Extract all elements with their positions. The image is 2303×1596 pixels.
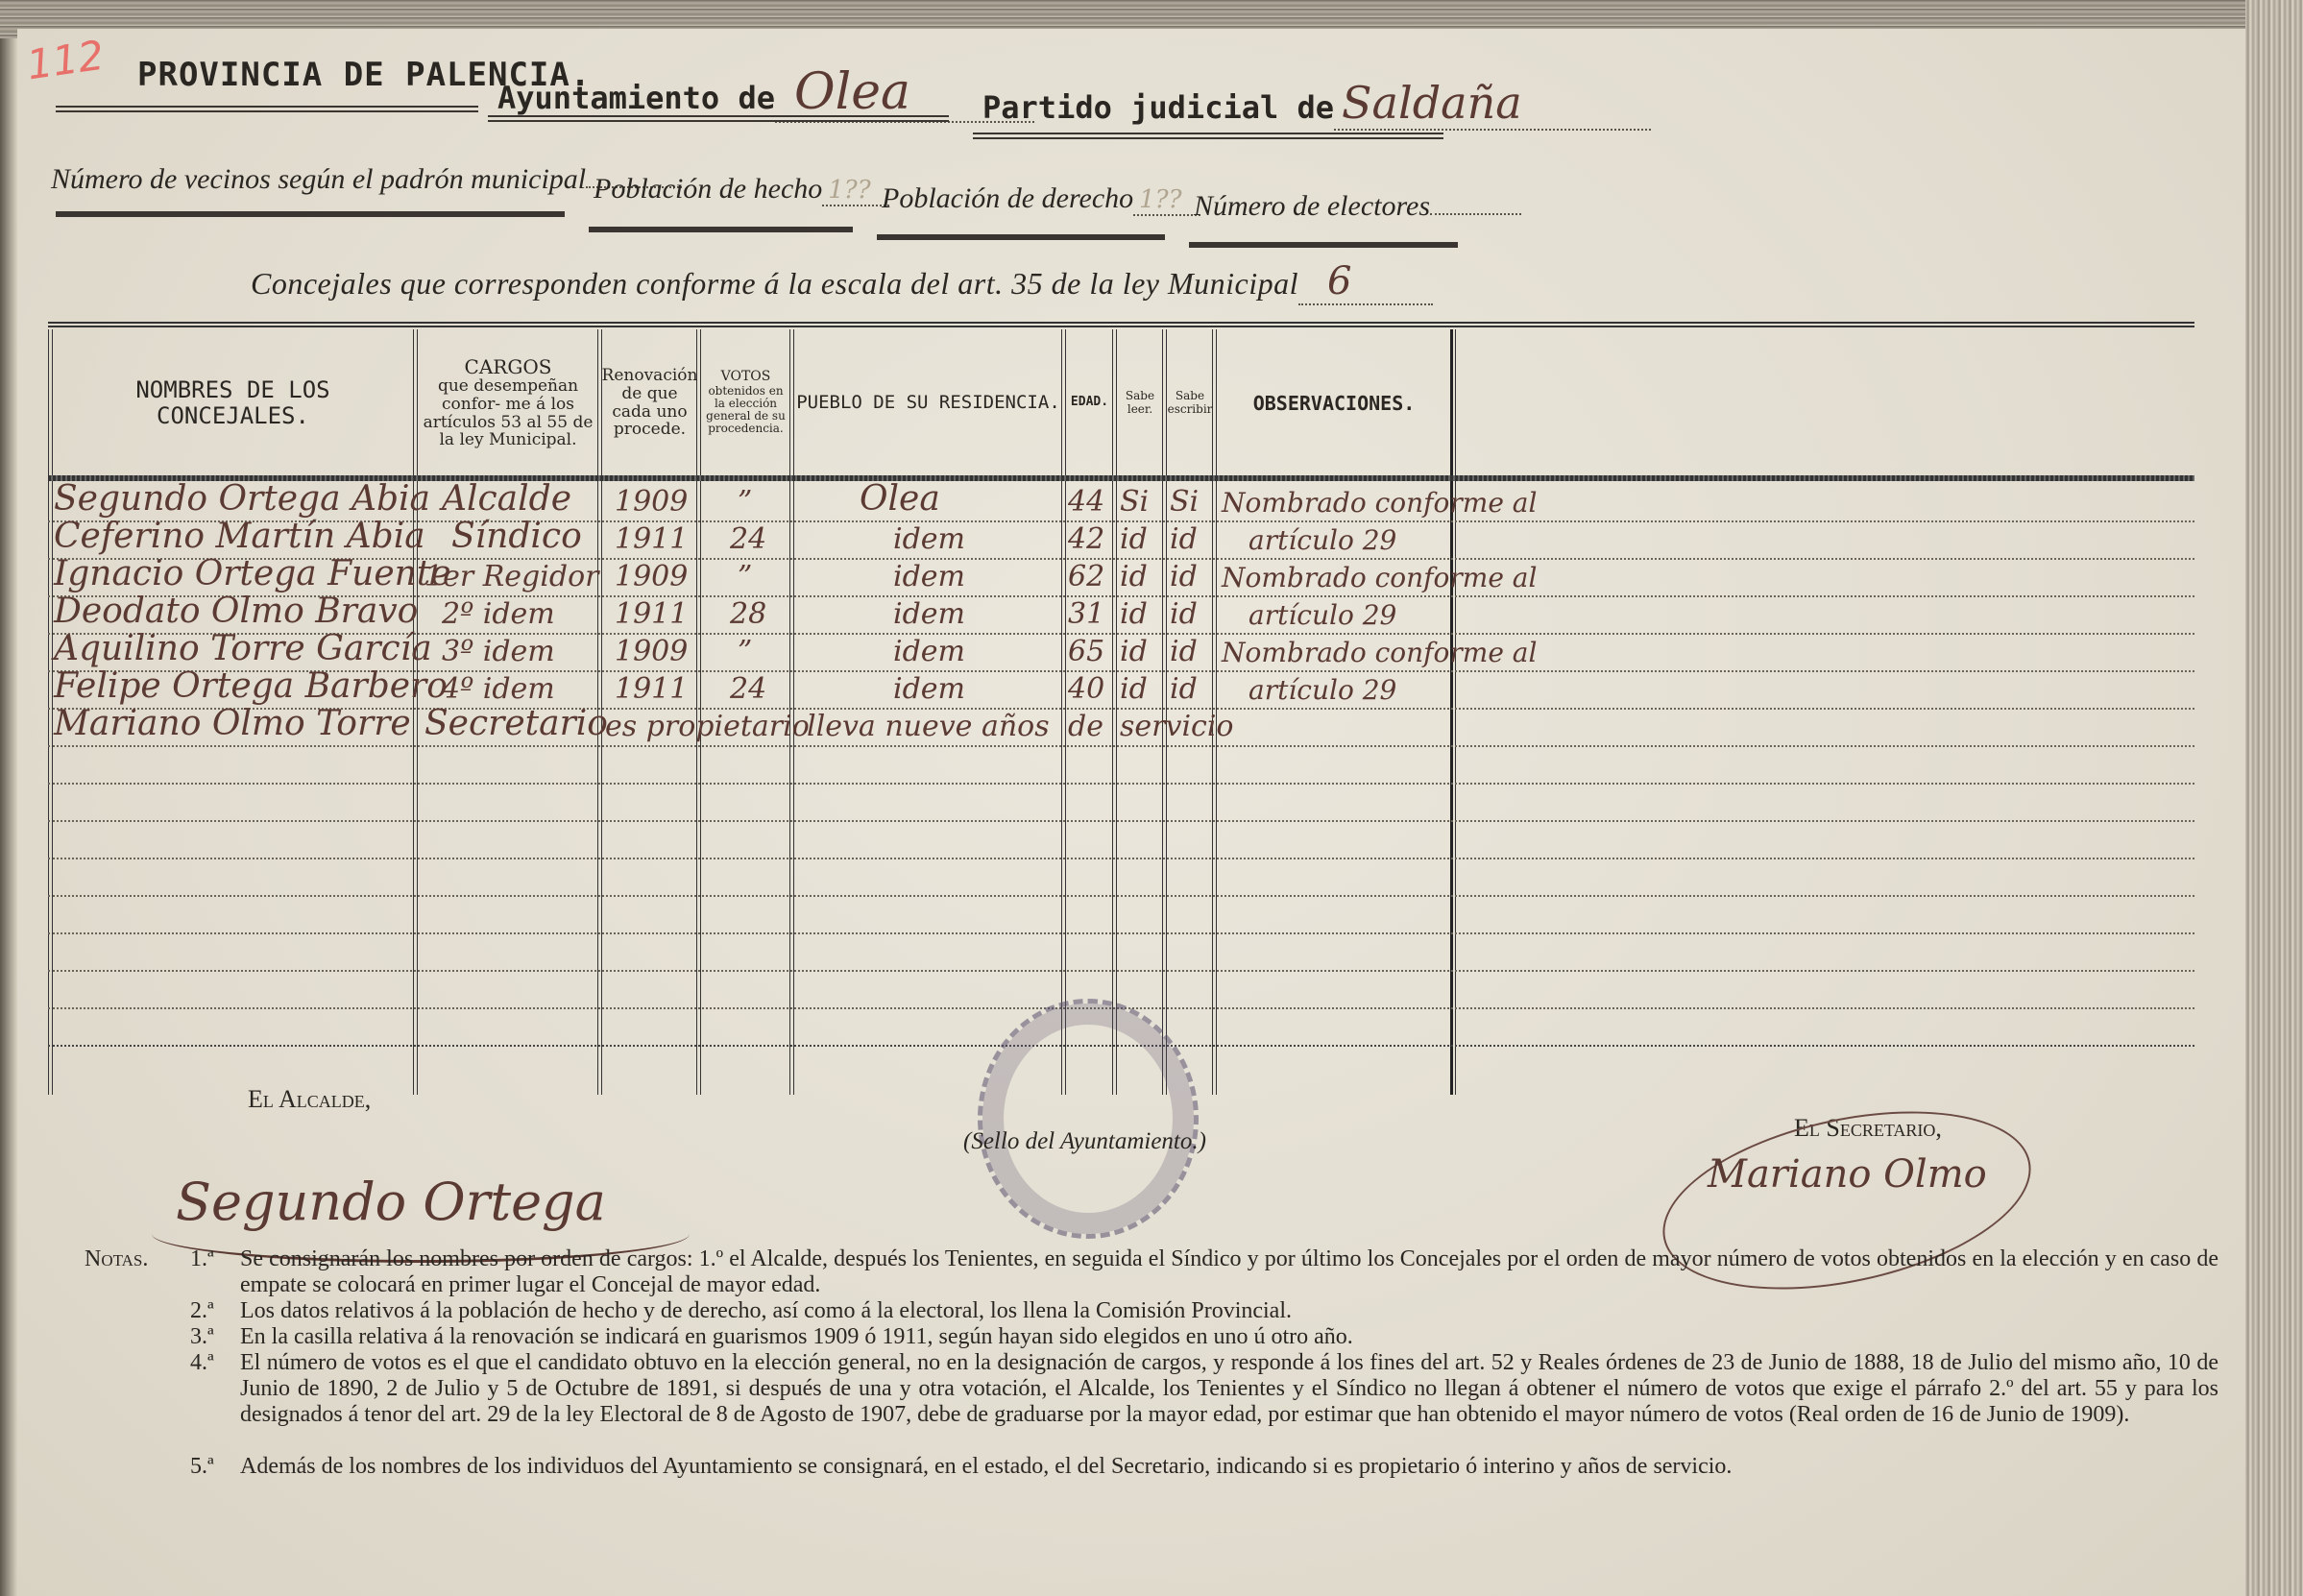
poblacion-derecho-field: Población de derecho 1??: [882, 182, 1200, 216]
secretario-signature: Mariano Olmo: [1708, 1152, 1987, 1197]
cell-cargo: 3º idem: [442, 635, 555, 668]
alcalde-signature: Segundo Ortega: [176, 1172, 606, 1232]
cell-votos: ”: [738, 485, 752, 519]
poblacion-hecho-label: Población de hecho: [594, 173, 822, 206]
cell-nombre: Ceferino Martín Abia: [54, 517, 425, 556]
vecinos-label: Número de vecinos según el padrón munici…: [51, 163, 586, 196]
cell-nombre: Deodato Olmo Bravo: [54, 592, 418, 631]
note-number: 3.ª: [190, 1324, 229, 1350]
header-cargos-title: CARGOS: [465, 356, 552, 377]
ayuntamiento-seal-stamp: [978, 999, 1199, 1239]
cell-pueblo: idem: [893, 597, 965, 631]
cell-nombre: Felipe Ortega Barbero: [54, 666, 448, 706]
cell-votos: ”: [738, 560, 752, 593]
cell-renovacion: 1909: [615, 560, 688, 593]
cell-nombre: Segundo Ortega Abia: [54, 479, 430, 519]
cell-votos: 24: [730, 522, 766, 556]
cell-leer: Si: [1120, 485, 1149, 519]
table-row: [48, 934, 2194, 972]
notes-heading: Notas.: [85, 1246, 148, 1272]
ayuntamiento-label: Ayuntamiento de: [497, 80, 775, 116]
cell-leer: id: [1120, 672, 1148, 706]
cell-edad: 31: [1068, 597, 1104, 631]
cell-observaciones: artículo 29: [1248, 524, 1396, 556]
cell-pueblo: idem: [893, 635, 965, 668]
cell-pueblo: lleva nueve años: [807, 710, 1050, 743]
cell-votos: 24: [730, 672, 766, 706]
cell-edad: 42: [1068, 522, 1104, 556]
note-number: 2.ª: [190, 1298, 229, 1324]
cell-leer: servicio: [1120, 710, 1234, 743]
concejales-field: Concejales que corresponden conforme á l…: [251, 259, 1433, 305]
cell-cargo: 2º idem: [442, 597, 555, 631]
sello-label: (Sello del Ayuntamiento.): [963, 1128, 1206, 1155]
electores-field: Número de electores: [1194, 190, 1521, 223]
cell-pueblo: idem: [893, 672, 965, 706]
cell-escribir: id: [1170, 560, 1198, 593]
cell-cargo: 1er Regidor: [424, 560, 598, 593]
cell-escribir: id: [1170, 522, 1198, 556]
header-nombres: NOMBRES DE LOS CONCEJALES.: [53, 333, 413, 472]
cell-leer: id: [1120, 560, 1148, 593]
note-text: Se consignarán los nombres por orden de …: [240, 1246, 2218, 1298]
cell-renovacion: 1909: [615, 485, 688, 519]
table-row: [48, 822, 2194, 859]
partido-field: Partido judicial de Saldaña: [982, 77, 1651, 131]
cell-pueblo: idem: [893, 560, 965, 593]
cell-renovacion: 1911: [615, 672, 688, 706]
cell-nombre: Ignacio Ortega Fuente: [54, 554, 451, 593]
cell-renovacion: 1911: [615, 597, 688, 631]
table-row: [48, 747, 2194, 785]
header-renovacion: Renovación de que cada uno procede.: [603, 333, 696, 472]
note-text: Además de los nombres de los individuos …: [240, 1454, 2218, 1480]
note-number: 5.ª: [190, 1454, 229, 1480]
header-votos: VOTOS obtenidos en la elección general d…: [702, 333, 789, 472]
folio-number: 112: [24, 32, 107, 89]
book-page-edges: [2245, 0, 2303, 1596]
cell-renovacion: 1911: [615, 522, 688, 556]
cell-leer: id: [1120, 522, 1148, 556]
cell-edad: de: [1068, 710, 1103, 743]
cell-leer: id: [1120, 635, 1148, 668]
header-cargos-sub: que desempeñan confor- me á los artículo…: [419, 377, 597, 449]
header-cargos: CARGOS que desempeñan confor- me á los a…: [419, 333, 597, 472]
partido-value: Saldaña: [1334, 77, 1651, 131]
cell-escribir: Si: [1170, 485, 1199, 519]
cell-observaciones: Nombrado conforme al: [1222, 562, 1537, 593]
poblacion-derecho-value: 1??: [1133, 185, 1200, 216]
cell-escribir: id: [1170, 597, 1198, 631]
cell-cargo: Síndico: [451, 517, 582, 556]
cell-edad: 40: [1068, 672, 1104, 706]
cell-observaciones: artículo 29: [1248, 674, 1396, 706]
cell-edad: 44: [1068, 485, 1104, 519]
header-pueblo: PUEBLO DE SU RESIDENCIA.: [795, 333, 1061, 472]
alcalde-label: El Alcalde,: [248, 1085, 371, 1114]
cell-pueblo: idem: [893, 522, 965, 556]
rule: [488, 115, 949, 122]
concejales-label: Concejales que corresponden conforme á l…: [251, 266, 1298, 302]
note-number: 1.ª: [190, 1246, 229, 1272]
rule: [589, 227, 853, 232]
poblacion-hecho-value: 1??: [822, 176, 889, 206]
header-edad: EDAD.: [1067, 333, 1112, 472]
table-row: [48, 859, 2194, 897]
document-page: 112 PROVINCIA DE PALENCIA. Ayuntamiento …: [17, 29, 2245, 1596]
rule: [56, 211, 565, 217]
cell-nombre: Mariano Olmo Torre: [54, 704, 411, 743]
rule: [1189, 242, 1458, 248]
concejales-value: 6: [1298, 259, 1433, 305]
header-votos-title: VOTOS: [721, 370, 771, 384]
cell-nombre: Aquilino Torre García: [54, 629, 432, 668]
cell-cargo: Secretario: [424, 704, 608, 743]
cell-edad: 62: [1068, 560, 1104, 593]
header-observaciones: OBSERVACIONES.: [1218, 333, 1450, 472]
cell-observaciones: Nombrado conforme al: [1222, 637, 1537, 668]
electores-value: [1430, 213, 1521, 215]
header-votos-sub: obtenidos en la elección general de su p…: [702, 385, 789, 436]
cell-leer: id: [1120, 597, 1148, 631]
poblacion-derecho-label: Población de derecho: [882, 182, 1133, 215]
rule: [56, 106, 478, 112]
rule: [973, 133, 1443, 139]
table-row: [48, 897, 2194, 934]
table-top-rule: [48, 322, 2194, 327]
partido-label: Partido judicial de: [982, 89, 1334, 126]
cell-renovacion: es propietario: [605, 710, 810, 743]
note-number: 4.ª: [190, 1350, 229, 1376]
table-row: [48, 785, 2194, 822]
cell-escribir: id: [1170, 672, 1198, 706]
rule: [877, 234, 1165, 240]
poblacion-hecho-field: Población de hecho 1??: [594, 173, 889, 206]
ayuntamiento-field: Ayuntamiento de Olea: [497, 63, 1034, 123]
cell-observaciones: artículo 29: [1248, 599, 1396, 631]
cell-cargo: 4º idem: [442, 672, 555, 706]
cell-escribir: id: [1170, 635, 1198, 668]
cell-pueblo: Olea: [860, 479, 940, 519]
note-text: El número de votos es el que el candidat…: [240, 1350, 2218, 1428]
cell-cargo: Alcalde: [442, 479, 571, 519]
concejales-table: NOMBRES DE LOS CONCEJALES. CARGOS que de…: [48, 322, 2194, 1095]
header-sabe-leer: Sabe leer.: [1118, 333, 1162, 472]
note-text: Los datos relativos á la población de he…: [240, 1298, 2218, 1324]
vecinos-field: Número de vecinos según el padrón munici…: [51, 163, 682, 196]
cell-votos: 28: [730, 597, 766, 631]
cell-renovacion: 1909: [615, 635, 688, 668]
header-sabe-escribir: Sabe escribir: [1168, 333, 1212, 472]
cell-votos: ”: [738, 635, 752, 668]
cell-edad: 65: [1068, 635, 1104, 668]
electores-label: Número de electores: [1194, 190, 1430, 223]
book-gutter: [0, 0, 17, 1596]
note-text: En la casilla relativa á la renovación s…: [240, 1324, 2218, 1350]
cell-observaciones: Nombrado conforme al: [1222, 487, 1537, 519]
table-row: Mariano Olmo Torre Secretario es propiet…: [48, 710, 2194, 747]
